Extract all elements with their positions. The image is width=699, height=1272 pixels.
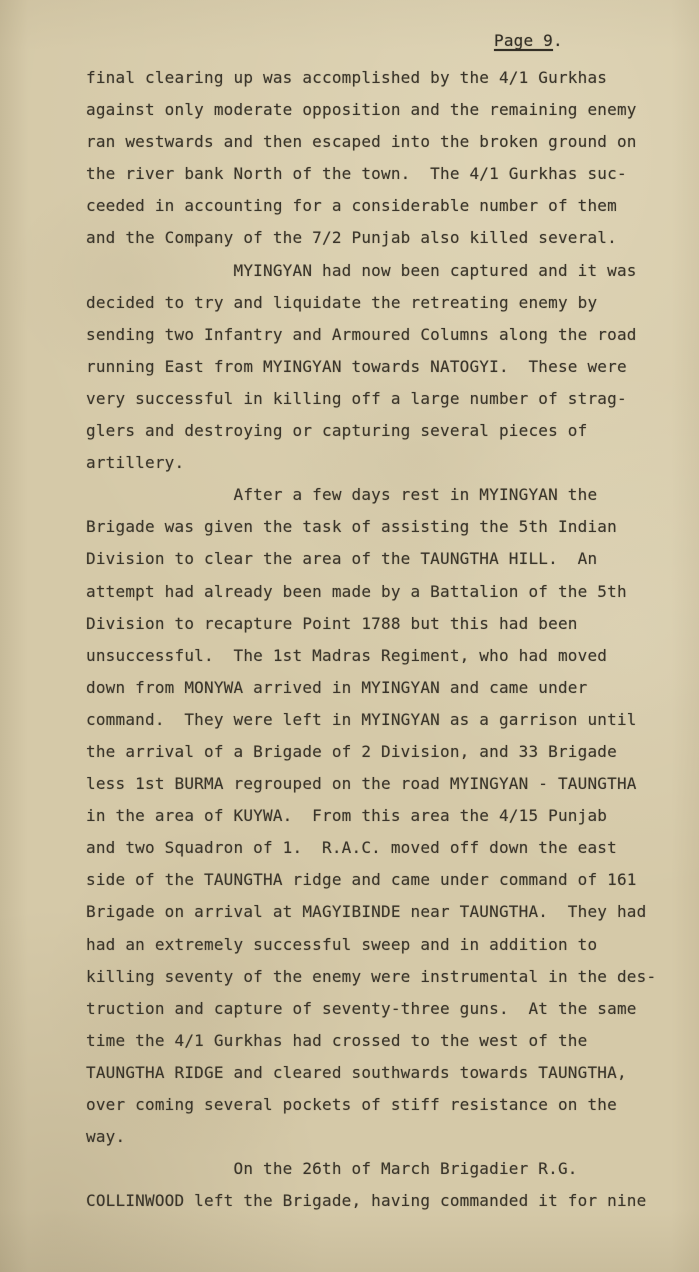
text-line: and two Squadron of 1. R.A.C. moved off … <box>86 832 699 864</box>
text-line: Brigade on arrival at MAGYIBINDE near TA… <box>86 896 699 928</box>
text-line: MYINGYAN had now been captured and it wa… <box>86 255 699 287</box>
text-line: sending two Infantry and Armoured Column… <box>86 319 699 351</box>
text-line: Division to recapture Point 1788 but thi… <box>86 608 699 640</box>
text-line: ceeded in accounting for a considerable … <box>86 190 699 222</box>
page-number: Page 9. <box>494 31 563 50</box>
text-line: very successful in killing off a large n… <box>86 383 699 415</box>
text-line: attempt had already been made by a Batta… <box>86 576 699 608</box>
text-line: side of the TAUNGTHA ridge and came unde… <box>86 864 699 896</box>
text-line: in the area of KUYWA. From this area the… <box>86 800 699 832</box>
text-line: less 1st BURMA regrouped on the road MYI… <box>86 768 699 800</box>
text-line: final clearing up was accomplished by th… <box>86 62 699 94</box>
text-line: against only moderate opposition and the… <box>86 94 699 126</box>
text-line: After a few days rest in MYINGYAN the <box>86 479 699 511</box>
text-line: killing seventy of the enemy were instru… <box>86 961 699 993</box>
text-line: decided to try and liquidate the retreat… <box>86 287 699 319</box>
text-line: the arrival of a Brigade of 2 Division, … <box>86 736 699 768</box>
text-line: and the Company of the 7/2 Punjab also k… <box>86 222 699 254</box>
text-line: truction and capture of seventy-three gu… <box>86 993 699 1025</box>
document-body: final clearing up was accomplished by th… <box>86 62 699 1217</box>
text-line: TAUNGTHA RIDGE and cleared southwards to… <box>86 1057 699 1089</box>
document-page: Page 9. final clearing up was accomplish… <box>0 0 699 1272</box>
text-line: Brigade was given the task of assisting … <box>86 511 699 543</box>
text-line: had an extremely successful sweep and in… <box>86 929 699 961</box>
text-line: time the 4/1 Gurkhas had crossed to the … <box>86 1025 699 1057</box>
text-line: running East from MYINGYAN towards NATOG… <box>86 351 699 383</box>
page-number-period: . <box>553 31 563 50</box>
text-line: artillery. <box>86 447 699 479</box>
text-line: over coming several pockets of stiff res… <box>86 1089 699 1121</box>
page-number-text: Page 9 <box>494 31 553 50</box>
text-line: command. They were left in MYINGYAN as a… <box>86 704 699 736</box>
text-line: On the 26th of March Brigadier R.G. <box>86 1153 699 1185</box>
text-line: way. <box>86 1121 699 1153</box>
text-line: ran westwards and then escaped into the … <box>86 126 699 158</box>
text-line: the river bank North of the town. The 4/… <box>86 158 699 190</box>
text-line: down from MONYWA arrived in MYINGYAN and… <box>86 672 699 704</box>
text-line: glers and destroying or capturing severa… <box>86 415 699 447</box>
text-line: COLLINWOOD left the Brigade, having comm… <box>86 1185 699 1217</box>
text-line: Division to clear the area of the TAUNGT… <box>86 543 699 575</box>
text-line: unsuccessful. The 1st Madras Regiment, w… <box>86 640 699 672</box>
